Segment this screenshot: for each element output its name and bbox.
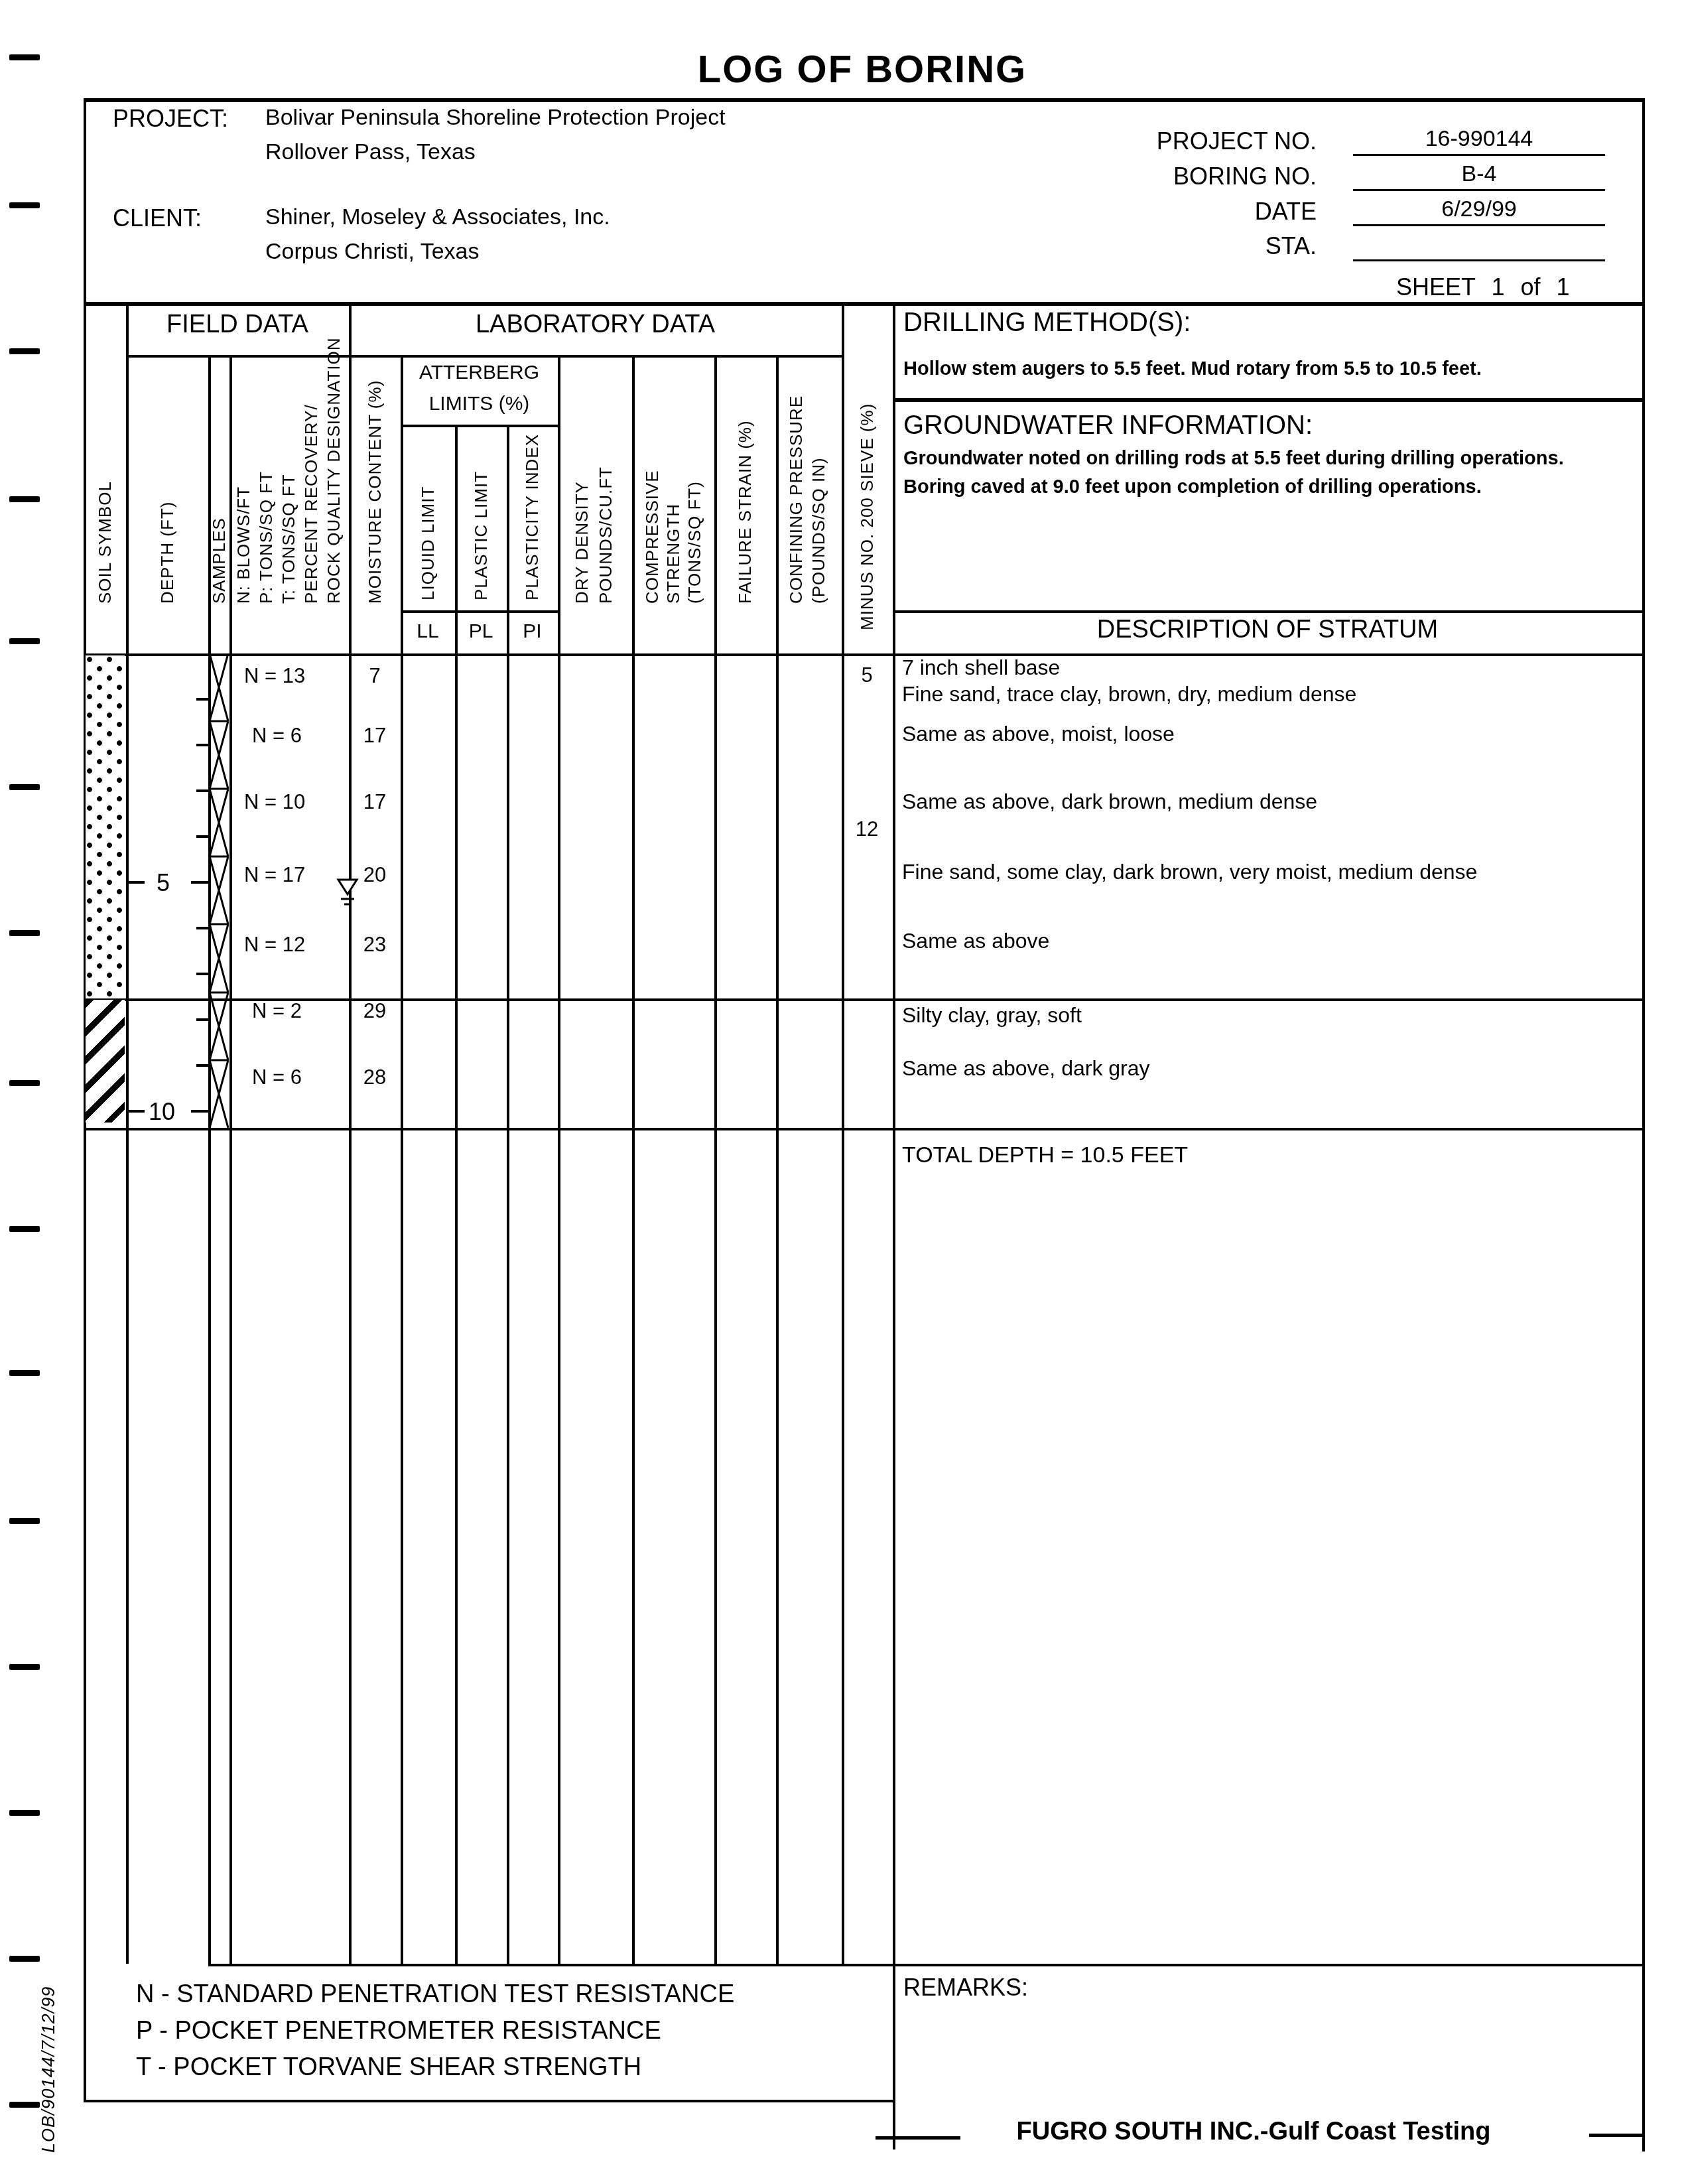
- moisture-value: 23: [350, 933, 399, 957]
- groundwater-note-1: Groundwater noted on drilling rods at 5.…: [903, 448, 1564, 470]
- stratum-description: 7 inch shell base: [902, 655, 1060, 680]
- margin-mark: [9, 348, 40, 354]
- date-label: DATE: [1118, 198, 1317, 225]
- column-line: [632, 355, 635, 1964]
- depth-tick: [191, 881, 208, 884]
- column-header-plastic-limit: PLASTIC LIMIT: [471, 435, 491, 600]
- column-line: [776, 355, 779, 1964]
- stratum-boundary-line: [84, 998, 1642, 1001]
- drilling-method-text: Hollow stem augers to 5.5 feet. Mud rota…: [903, 358, 1482, 380]
- client-label: CLIENT:: [113, 204, 202, 232]
- footer-dash: [1589, 2134, 1645, 2137]
- legend-line-t: T - POCKET TORVANE SHEAR STRENGTH: [136, 2053, 641, 2082]
- sheet-number: SHEET 1 of 1: [1396, 273, 1569, 301]
- column-line: [401, 355, 403, 1964]
- groundwater-label: GROUNDWATER INFORMATION:: [903, 410, 1313, 441]
- sieve-value: 12: [844, 817, 890, 841]
- margin-mark: [9, 638, 40, 644]
- depth-tick: [196, 835, 208, 838]
- moisture-value: 17: [350, 790, 399, 814]
- project-label: PROJECT:: [113, 105, 228, 132]
- table-top-border: [84, 302, 1645, 306]
- header-band-line: [126, 355, 842, 358]
- depth-tick: [196, 698, 208, 701]
- column-header-moisture: MOISTURE CONTENT (%): [365, 362, 385, 604]
- column-header-confining-1: CONFINING PRESSURE: [786, 362, 806, 604]
- depth-label-dash: [129, 1110, 145, 1113]
- margin-mark: [9, 1518, 40, 1524]
- boring-no-label: BORING NO.: [1118, 163, 1317, 190]
- margin-mark: [9, 496, 40, 502]
- column-header-compressive-3: (TONS/SQ FT): [684, 362, 704, 604]
- pi-cell-label: PI: [507, 620, 558, 644]
- ll-row-line: [401, 610, 558, 613]
- column-header-dry-density-1: DRY DENSITY: [572, 362, 592, 604]
- company-name: FUGRO SOUTH INC.-Gulf Coast Testing: [968, 2118, 1539, 2147]
- project-no-label: PROJECT NO.: [1118, 127, 1317, 155]
- data-top-line: [84, 653, 1642, 656]
- groundwater-note-2: Boring caved at 9.0 feet upon completion…: [903, 476, 1482, 498]
- n-value-row: N = 12: [244, 933, 305, 957]
- sieve-value: 5: [844, 663, 890, 687]
- moisture-value: 7: [350, 664, 399, 688]
- moisture-value: 17: [350, 724, 399, 748]
- column-header-percent-recovery: PERCENT RECOVERY/: [301, 362, 321, 604]
- legend-line-n: N - STANDARD PENETRATION TEST RESISTANCE: [136, 1980, 734, 2010]
- client-location: Corpus Christi, Texas: [265, 239, 480, 265]
- boring-log-sheet: LOG OF BORING PROJECT: Bolivar Peninsula…: [0, 0, 1688, 2184]
- project-no-value: 16-990144: [1353, 126, 1605, 152]
- value-underline: [1353, 189, 1605, 191]
- page-title: LOG OF BORING: [464, 48, 1260, 92]
- boring-no-value: B-4: [1353, 161, 1605, 187]
- margin-mark: [9, 1080, 40, 1086]
- column-header-liquid-limit: LIQUID LIMIT: [418, 435, 438, 600]
- column-line: [349, 302, 352, 1964]
- depth-tick: [196, 744, 208, 746]
- column-header-depth: DEPTH (FT): [157, 362, 177, 604]
- column-header-compressive-2: STRENGTH: [663, 362, 683, 604]
- margin-mark: [9, 1370, 40, 1376]
- margin-mark: [9, 784, 40, 790]
- margin-mark: [9, 202, 40, 208]
- column-header-confining-2: (POUNDS/SQ IN): [809, 362, 828, 604]
- depth-tick: [196, 789, 208, 792]
- client-name: Shiner, Moseley & Associates, Inc.: [265, 204, 610, 230]
- margin-mark: [9, 1226, 40, 1232]
- stratum-description: Fine sand, some clay, dark brown, very m…: [902, 857, 1605, 887]
- total-depth-line: [84, 1128, 1642, 1130]
- moisture-value: 29: [350, 999, 399, 1023]
- stratum-description: Silty clay, gray, soft: [902, 1003, 1082, 1028]
- depth-tick: [196, 973, 208, 975]
- n-value-row: N = 6: [252, 1065, 302, 1089]
- n-value-row: N = 6: [252, 724, 302, 748]
- column-header-sieve: MINUS NO. 200 SIEVE (%): [857, 318, 877, 630]
- moisture-value: 28: [350, 1065, 399, 1089]
- margin-mark: [9, 1956, 40, 1962]
- file-reference: LOB/90144/7/12/99: [38, 1894, 59, 2153]
- legend-line-p: P - POCKET PENETROMETER RESISTANCE: [136, 2017, 661, 2046]
- legend-remarks-top-line: [208, 1964, 1642, 1966]
- depth-tick: [196, 1018, 208, 1021]
- column-header-rqd: ROCK QUALITY DESIGNATION: [324, 362, 344, 604]
- drilling-method-label: DRILLING METHOD(S):: [903, 307, 1191, 338]
- laboratory-data-header: LABORATORY DATA: [349, 310, 842, 340]
- depth-tick: [191, 1110, 208, 1113]
- depth-label-5: 5: [157, 869, 170, 896]
- margin-mark: [9, 1810, 40, 1816]
- drilling-groundwater-divider: [893, 398, 1642, 402]
- value-underline: [1353, 154, 1605, 156]
- description-column-line: [893, 302, 895, 2150]
- column-line: [714, 355, 717, 1964]
- column-line: [229, 355, 232, 1964]
- column-line: [558, 355, 560, 1964]
- value-underline: [1353, 259, 1605, 261]
- ll-cell-label: LL: [401, 620, 455, 644]
- column-header-failure-strain: FAILURE STRAIN (%): [735, 362, 755, 604]
- margin-mark: [9, 1664, 40, 1670]
- n-value-row: N = 10: [244, 790, 305, 814]
- date-value: 6/29/99: [1353, 196, 1605, 222]
- stratum-description: Same as above: [902, 929, 1049, 953]
- column-line: [126, 302, 129, 1964]
- sand-pattern-symbol: [86, 655, 125, 998]
- stratum-description: Fine sand, trace clay, brown, dry, mediu…: [902, 682, 1356, 707]
- sta-label: STA.: [1118, 232, 1317, 259]
- project-name: Bolivar Peninsula Shoreline Protection P…: [265, 105, 726, 131]
- margin-mark: [9, 2102, 40, 2108]
- remarks-label: REMARKS:: [903, 1974, 1028, 2001]
- sheet-top-border: [84, 98, 1645, 102]
- description-band-top: [893, 610, 1642, 613]
- depth-label-10: 10: [149, 1098, 175, 1125]
- sheet-bottom-border: [84, 2100, 895, 2102]
- n-value-row: N = 2: [252, 999, 302, 1023]
- field-data-header: FIELD DATA: [126, 310, 349, 340]
- stratum-description: Same as above, moist, loose: [902, 722, 1175, 746]
- value-underline: [1353, 224, 1605, 226]
- water-table-icon: [334, 877, 363, 909]
- clay-hatch-symbol: [86, 1000, 125, 1123]
- sheet-right-border: [1642, 98, 1645, 2151]
- depth-label-dash: [129, 881, 145, 884]
- column-header-n-blows: N: BLOWS/FT: [233, 362, 253, 604]
- footer-dash: [876, 2136, 960, 2140]
- n-value-row: N = 17: [244, 863, 305, 887]
- depth-tick: [196, 1064, 208, 1067]
- column-header-compressive-1: COMPRESSIVE: [642, 362, 662, 604]
- sample-interval-symbols: [209, 653, 229, 1128]
- column-line: [455, 425, 458, 1964]
- column-header-dry-density-2: POUNDS/CU.FT: [596, 362, 616, 604]
- column-header-t-tons: T: TONS/SQ FT: [279, 362, 298, 604]
- stratum-description: Same as above, dark gray: [902, 1056, 1150, 1081]
- project-location: Rollover Pass, Texas: [265, 139, 476, 165]
- margin-mark: [9, 54, 40, 60]
- description-of-stratum-header: DESCRIPTION OF STRATUM: [893, 616, 1642, 645]
- stratum-description: Same as above, dark brown, medium dense: [902, 789, 1317, 814]
- column-header-soil-symbol: SOIL SYMBOL: [95, 362, 115, 604]
- column-line: [842, 302, 844, 1964]
- depth-tick: [196, 927, 208, 929]
- atterberg-header-line1: ATTERBERG: [401, 362, 558, 385]
- pl-cell-label: PL: [455, 620, 507, 644]
- n-value-row: N = 13: [244, 664, 305, 688]
- column-header-samples: SAMPLES: [209, 362, 229, 604]
- column-header-p-tons: P: TONS/SQ FT: [256, 362, 276, 604]
- column-header-plasticity-index: PLASTICITY INDEX: [522, 401, 542, 600]
- column-line: [507, 425, 509, 1964]
- margin-mark: [9, 930, 40, 936]
- total-depth-note: TOTAL DEPTH = 10.5 FEET: [902, 1142, 1188, 1168]
